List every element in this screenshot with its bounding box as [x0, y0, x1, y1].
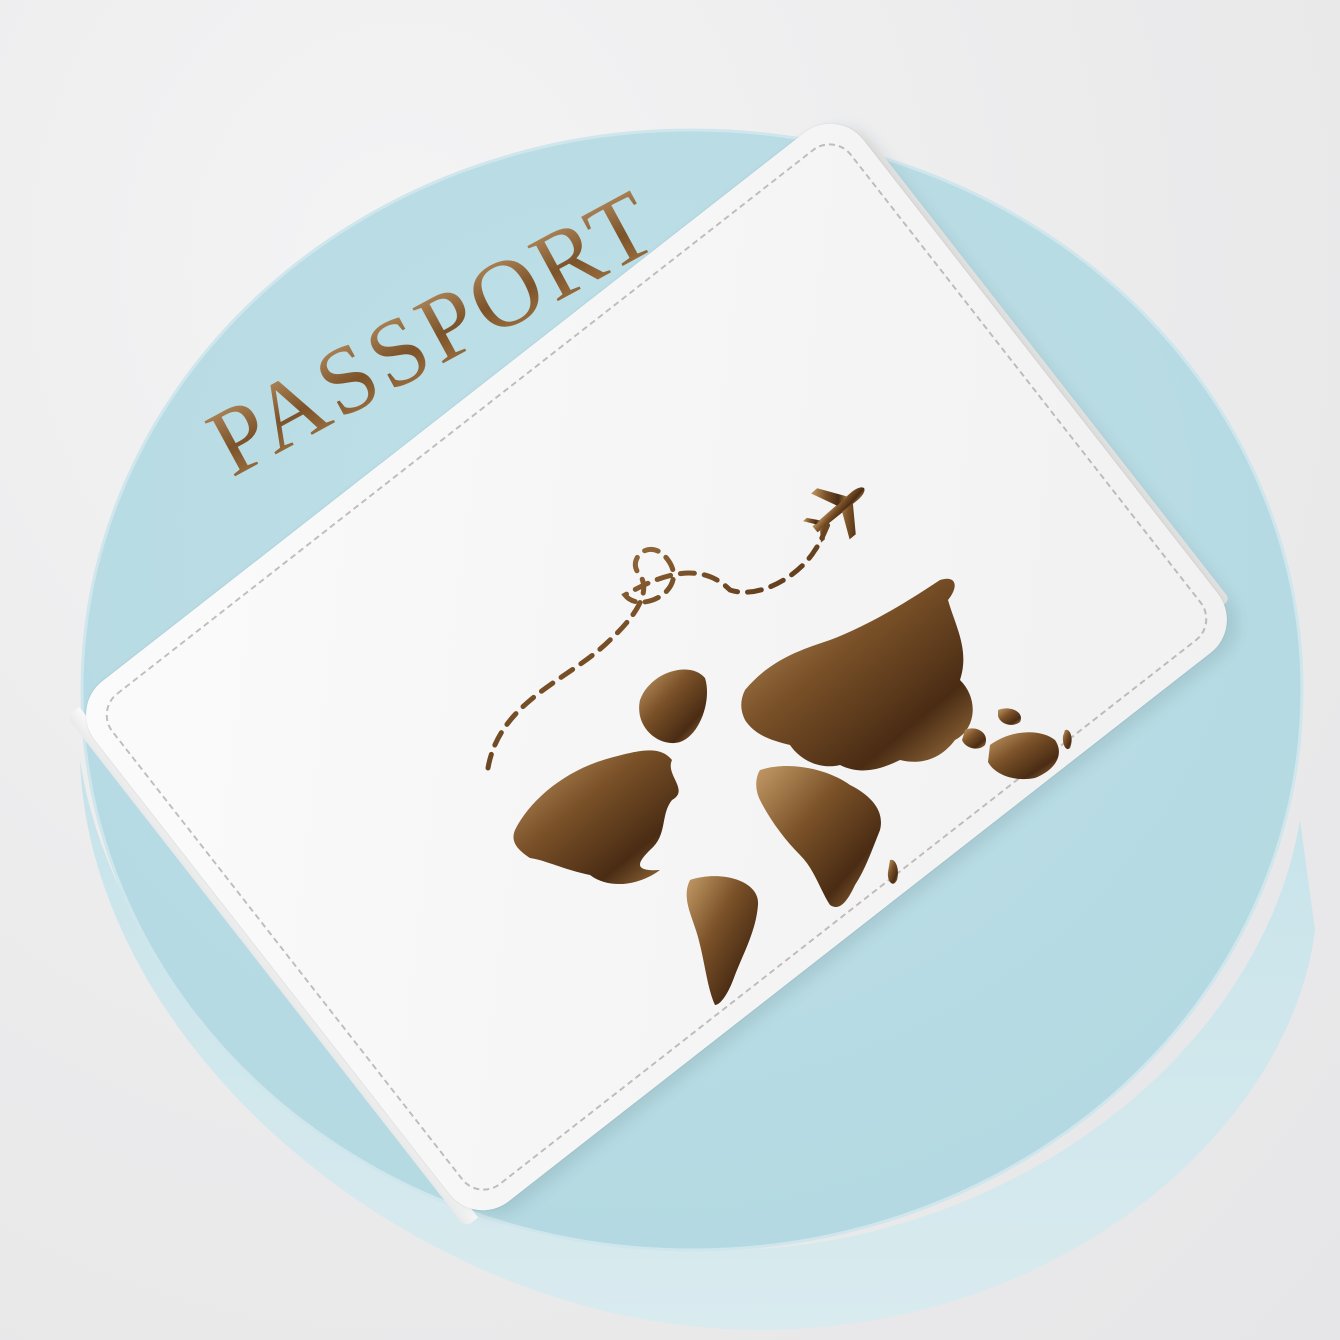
airplane-icon	[793, 465, 884, 555]
foil-layer: PASSPORT	[0, 0, 1340, 1340]
world-map	[513, 579, 1071, 1005]
product-photo: PASSPORT	[0, 0, 1340, 1340]
passport-title: PASSPORT	[191, 168, 675, 497]
